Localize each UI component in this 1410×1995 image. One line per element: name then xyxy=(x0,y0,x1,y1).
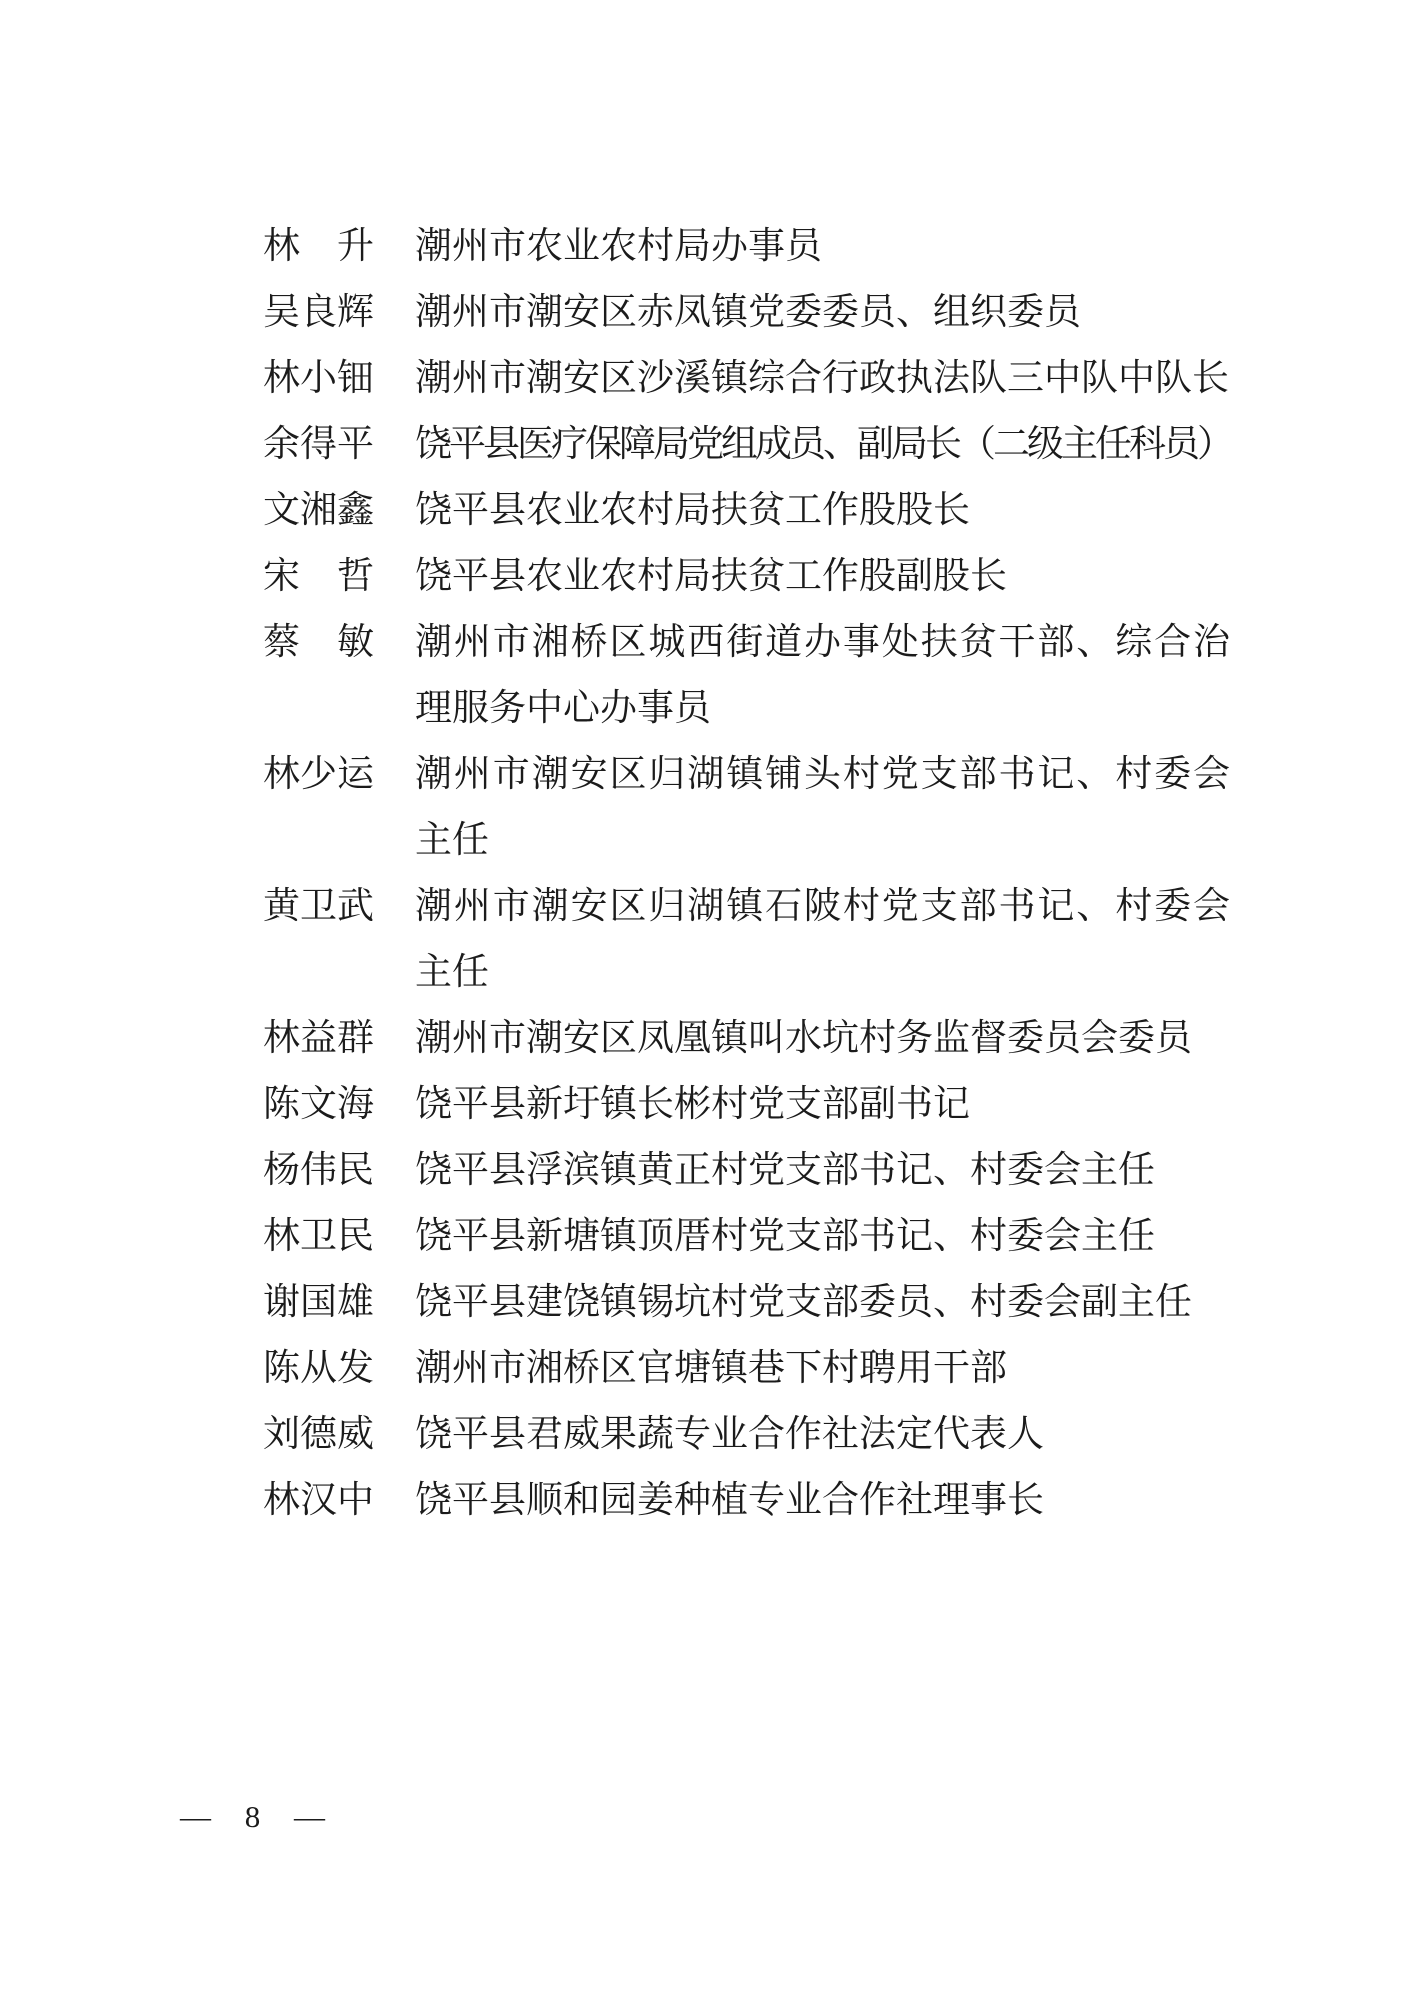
roster-row: 宋 哲 饶平县农业农村局扶贫工作股副股长 xyxy=(263,544,1231,610)
person-position-line: 潮州市湘桥区官塘镇巷下村聘用干部 xyxy=(415,1336,1007,1402)
roster-row: 刘德威 饶平县君威果蔬专业合作社法定代表人 xyxy=(263,1402,1231,1468)
person-position-line: 饶平县农业农村局扶贫工作股股长 xyxy=(415,478,970,544)
person-position-line: 潮州市农业农村局办事员 xyxy=(415,214,822,280)
person-name: 谢国雄 xyxy=(263,1270,374,1336)
person-position-line: 潮州市潮安区凤凰镇叫水坑村务监督委员会委员 xyxy=(415,1006,1192,1072)
person-position-line: 饶平县君威果蔬专业合作社法定代表人 xyxy=(415,1402,1044,1468)
person-name: 余得平 xyxy=(263,412,374,478)
document-page: 林 升 潮州市农业农村局办事员 吴良辉 潮州市潮安区赤凤镇党委委员、组织委员 林… xyxy=(0,0,1410,1995)
person-name: 林小钿 xyxy=(263,346,374,412)
roster-row: 林汉中 饶平县顺和园姜种植专业合作社理事长 xyxy=(263,1468,1231,1534)
person-position-line: 饶平县医疗保障局党组成员、副局长（二级主任科员） xyxy=(415,412,1231,478)
person-name: 林 升 xyxy=(263,214,374,280)
person-name: 黄卫武 xyxy=(263,874,374,940)
person-name xyxy=(263,808,374,874)
page-number: — 8 — xyxy=(180,1794,325,1840)
person-name: 陈文海 xyxy=(263,1072,374,1138)
person-name: 刘德威 xyxy=(263,1402,374,1468)
person-name: 宋 哲 xyxy=(263,544,374,610)
roster-list: 林 升 潮州市农业农村局办事员 吴良辉 潮州市潮安区赤凤镇党委委员、组织委员 林… xyxy=(263,214,1231,1534)
person-name xyxy=(263,676,374,742)
roster-row: 文湘鑫 饶平县农业农村局扶贫工作股股长 xyxy=(263,478,1231,544)
roster-row: 林卫民 饶平县新塘镇顶厝村党支部书记、村委会主任 xyxy=(263,1204,1231,1270)
person-name: 林少运 xyxy=(263,742,374,808)
person-position-line: 潮州市潮安区赤凤镇党委委员、组织委员 xyxy=(415,280,1081,346)
person-name: 林汉中 xyxy=(263,1468,374,1534)
person-position-line: 潮州市湘桥区城西街道办事处扶贫干部、综合治 xyxy=(415,610,1231,676)
roster-row: 林益群 潮州市潮安区凤凰镇叫水坑村务监督委员会委员 xyxy=(263,1006,1231,1072)
roster-row: 陈从发 潮州市湘桥区官塘镇巷下村聘用干部 xyxy=(263,1336,1231,1402)
person-position-line: 潮州市潮安区归湖镇铺头村党支部书记、村委会 xyxy=(415,742,1231,808)
roster-row: 林小钿 潮州市潮安区沙溪镇综合行政执法队三中队中队长 xyxy=(263,346,1231,412)
roster-row: 吴良辉 潮州市潮安区赤凤镇党委委员、组织委员 xyxy=(263,280,1231,346)
person-position-line: 理服务中心办事员 xyxy=(415,676,711,742)
person-name: 林益群 xyxy=(263,1006,374,1072)
person-name: 林卫民 xyxy=(263,1204,374,1270)
person-position-line: 饶平县新塘镇顶厝村党支部书记、村委会主任 xyxy=(415,1204,1155,1270)
roster-row: 林 升 潮州市农业农村局办事员 xyxy=(263,214,1231,280)
roster-row: 陈文海 饶平县新圩镇长彬村党支部副书记 xyxy=(263,1072,1231,1138)
person-position-line: 主任 xyxy=(415,940,489,1006)
roster-row: 理服务中心办事员 xyxy=(263,676,1231,742)
roster-row: 蔡 敏 潮州市湘桥区城西街道办事处扶贫干部、综合治 xyxy=(263,610,1231,676)
person-position-line: 饶平县浮滨镇黄正村党支部书记、村委会主任 xyxy=(415,1138,1155,1204)
person-position-line: 饶平县建饶镇锡坑村党支部委员、村委会副主任 xyxy=(415,1270,1192,1336)
roster-row: 林少运 潮州市潮安区归湖镇铺头村党支部书记、村委会 xyxy=(263,742,1231,808)
roster-row: 黄卫武 潮州市潮安区归湖镇石陂村党支部书记、村委会 xyxy=(263,874,1231,940)
person-position-line: 饶平县新圩镇长彬村党支部副书记 xyxy=(415,1072,970,1138)
person-name: 文湘鑫 xyxy=(263,478,374,544)
person-position-line: 主任 xyxy=(415,808,489,874)
person-name: 蔡 敏 xyxy=(263,610,374,676)
person-position-line: 饶平县顺和园姜种植专业合作社理事长 xyxy=(415,1468,1044,1534)
roster-row: 余得平 饶平县医疗保障局党组成员、副局长（二级主任科员） xyxy=(263,412,1231,478)
roster-row: 谢国雄 饶平县建饶镇锡坑村党支部委员、村委会副主任 xyxy=(263,1270,1231,1336)
roster-row: 主任 xyxy=(263,808,1231,874)
roster-row: 杨伟民 饶平县浮滨镇黄正村党支部书记、村委会主任 xyxy=(263,1138,1231,1204)
person-name: 陈从发 xyxy=(263,1336,374,1402)
person-name xyxy=(263,940,374,1006)
roster-row: 主任 xyxy=(263,940,1231,1006)
person-name: 吴良辉 xyxy=(263,280,374,346)
person-position-line: 饶平县农业农村局扶贫工作股副股长 xyxy=(415,544,1007,610)
person-position-line: 潮州市潮安区沙溪镇综合行政执法队三中队中队长 xyxy=(415,346,1229,412)
person-name: 杨伟民 xyxy=(263,1138,374,1204)
person-position-line: 潮州市潮安区归湖镇石陂村党支部书记、村委会 xyxy=(415,874,1231,940)
